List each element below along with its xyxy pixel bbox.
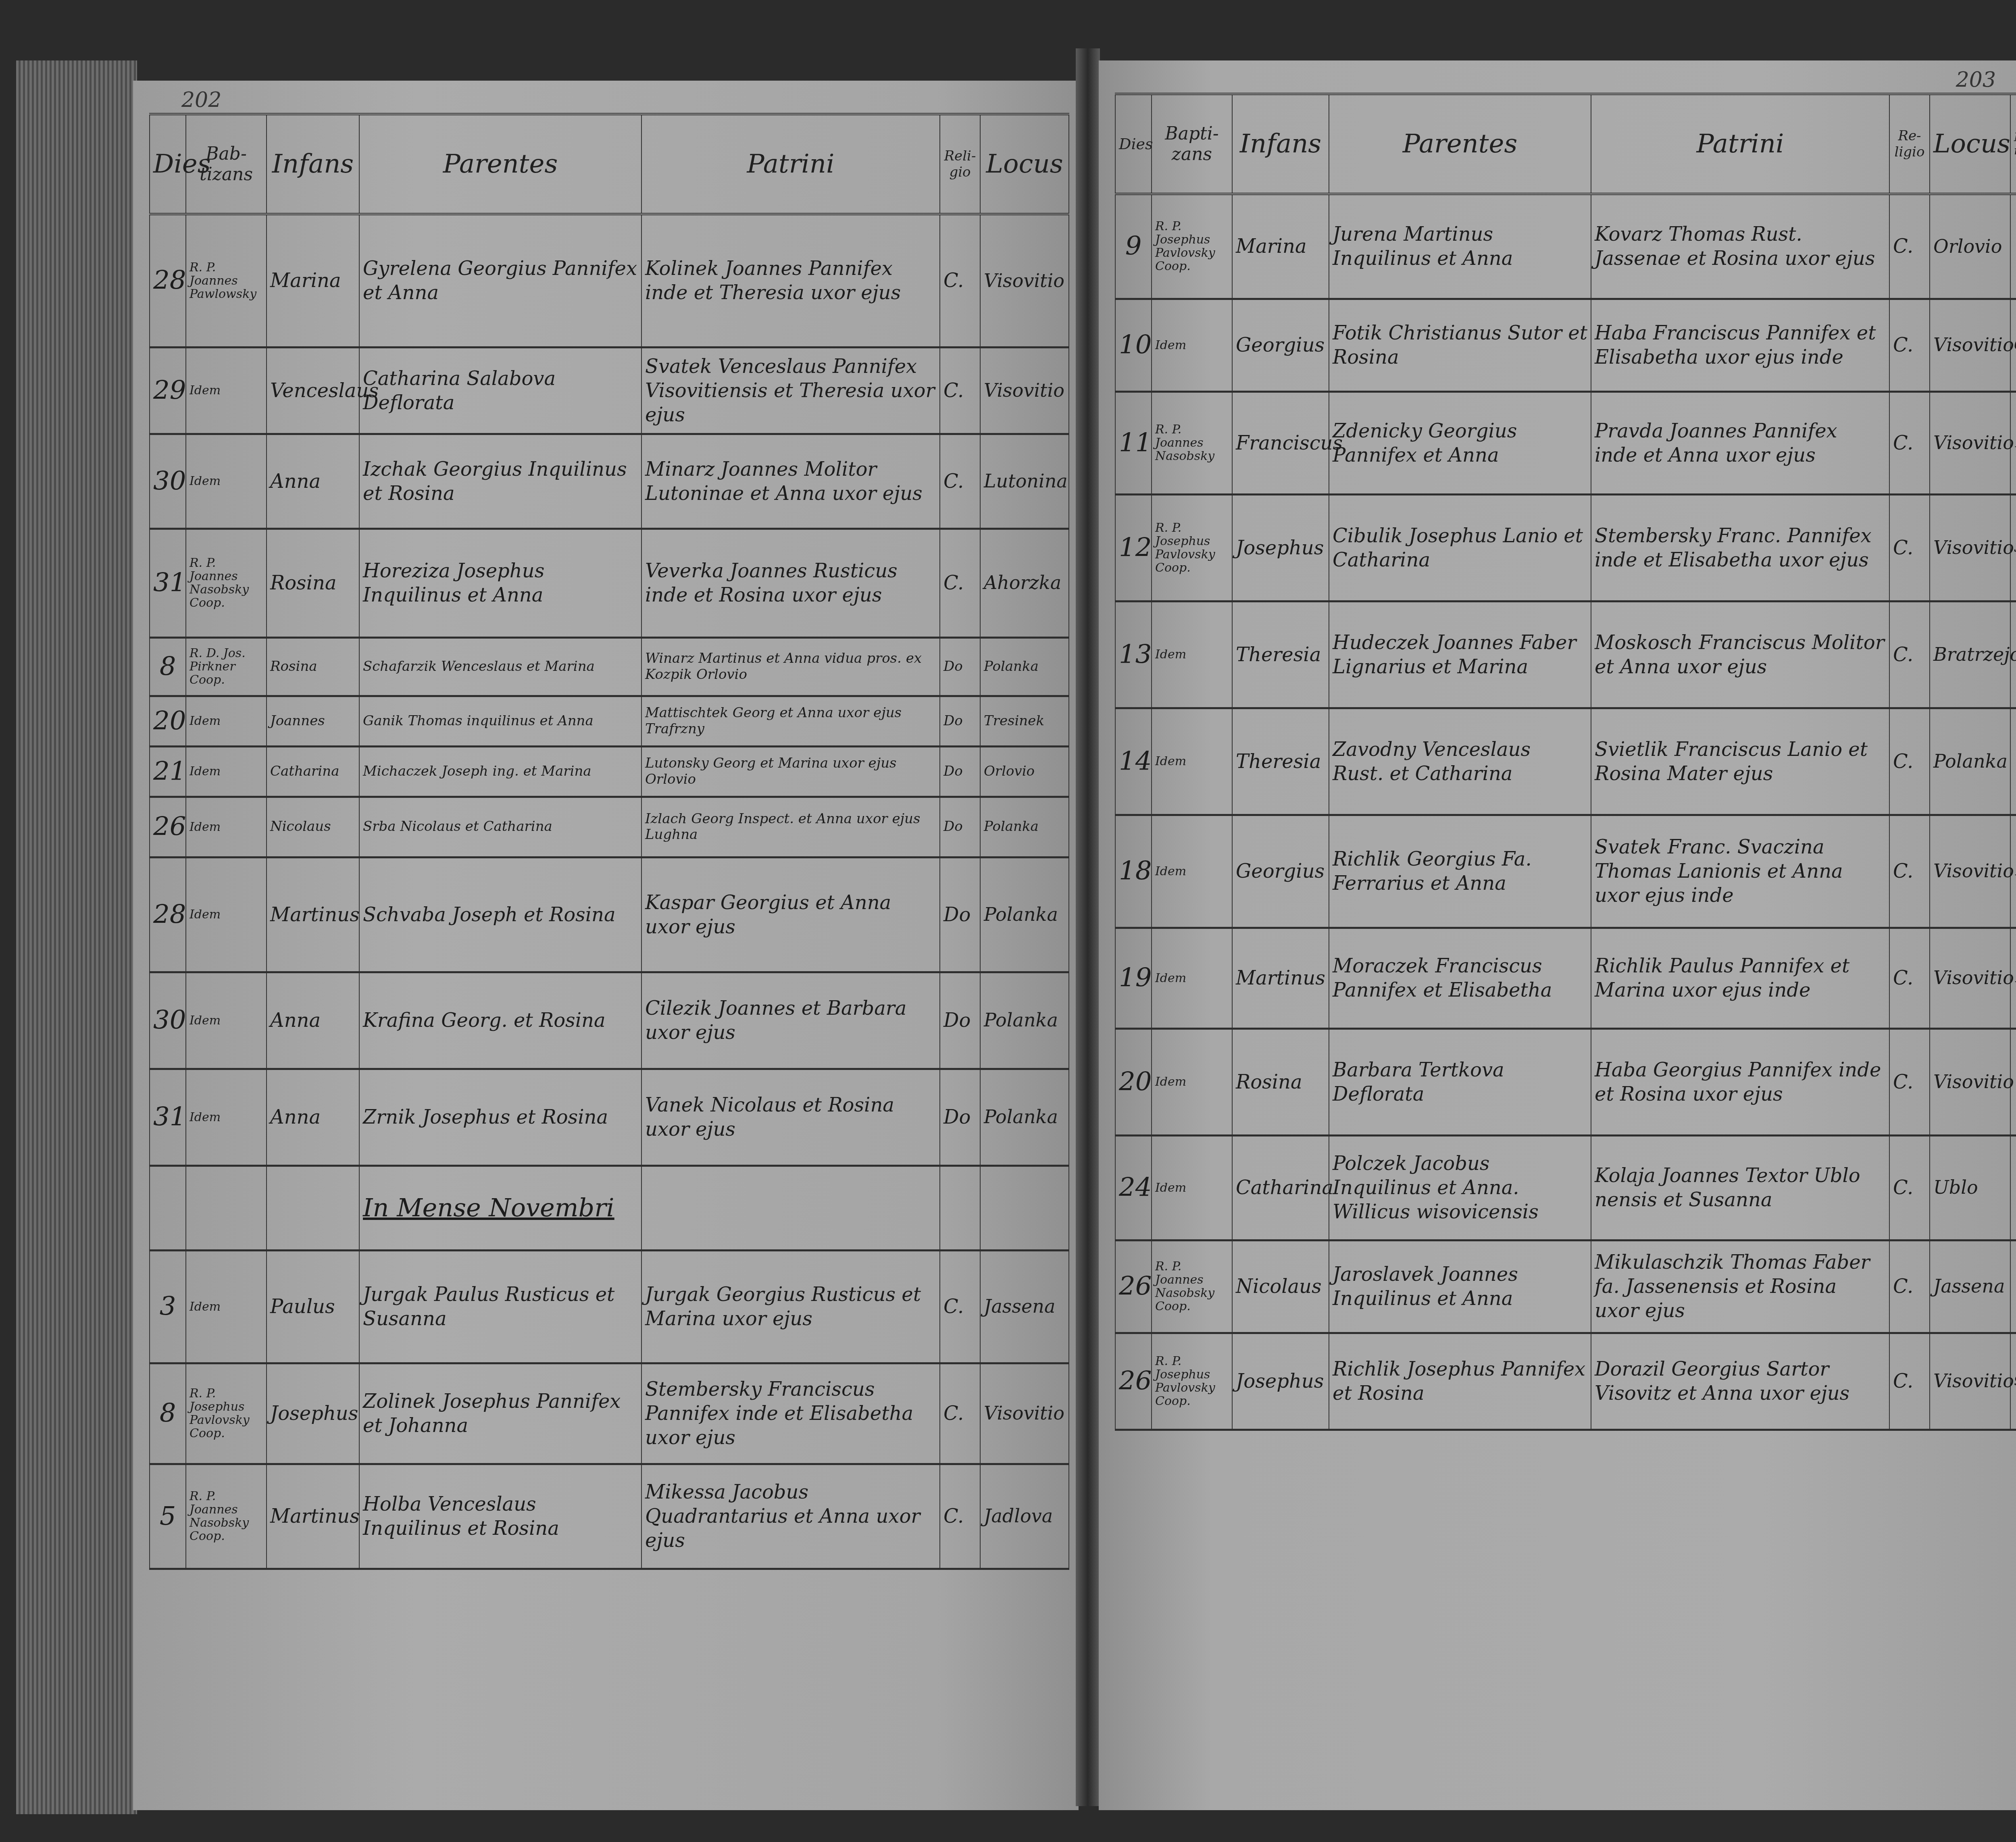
- cell-baptizans: R. P. Josephus Pavlovsky Coop.: [186, 1363, 267, 1464]
- cell-locus: Polanka: [980, 972, 1069, 1069]
- cell-patrini: Cilezik Joannes et Barbara uxor ejus: [641, 972, 940, 1069]
- cell-dies: 26: [1115, 1333, 1152, 1430]
- cell-dies: 26: [1115, 1240, 1152, 1333]
- cell-locus: Visovitio: [980, 214, 1069, 347]
- cell-patrini: Stembersky Franciscus Pannifex inde et E…: [641, 1363, 940, 1464]
- cell-locus: Visovitio: [1930, 1333, 2010, 1430]
- cell-dies: 8: [150, 637, 186, 696]
- cell-infans: Anna: [267, 972, 359, 1069]
- col-header-numerus: Nu-merus: [2010, 94, 2016, 194]
- cell-infans: Martinus: [1232, 928, 1329, 1028]
- cell-baptizans: Idem: [186, 1250, 267, 1363]
- cell-numerus: -: [2010, 194, 2016, 299]
- col-header-dies: Dies: [1115, 94, 1152, 194]
- cell-baptizans: Idem: [1152, 708, 1232, 815]
- table-row: 11 R. P. Joannes Nasobsky Franciscus Zde…: [1115, 391, 2016, 494]
- cell-infans: Georgius: [1232, 815, 1329, 928]
- cell-patrini: Svietlik Franciscus Lanio et Rosina Mate…: [1591, 708, 1889, 815]
- cell-religio: C.: [1889, 391, 1930, 494]
- table-row: 30 Idem Anna Krafina Georg. et Rosina Ci…: [150, 972, 1069, 1069]
- header-row: Dies Bapti-zans Infans Parentes Patrini …: [1115, 94, 2016, 194]
- cell-dies: 14: [1115, 708, 1152, 815]
- cell-parentes: Moraczek Franciscus Pannifex et Elisabet…: [1329, 928, 1591, 1028]
- cell-locus: Ahorzka: [980, 529, 1069, 637]
- cell-locus: Jadlova: [980, 1464, 1069, 1569]
- cell-patrini: Stembersky Franc. Pannifex inde et Elisa…: [1591, 494, 1889, 601]
- cell-religio: C.: [1889, 194, 1930, 299]
- cell-patrini: Jurgak Georgius Rusticus et Marina uxor …: [641, 1250, 940, 1363]
- cell-parentes: Richlik Georgius Fa. Ferrarius et Anna: [1329, 815, 1591, 928]
- baptism-register-table: Dies Bab-tizans Infans Parentes Patrini …: [149, 113, 1069, 1570]
- table-row: 3 Idem Paulus Jurgak Paulus Rusticus et …: [150, 1250, 1069, 1363]
- cell-infans: Martinus: [267, 857, 359, 972]
- cell-dies: 11: [1115, 391, 1152, 494]
- cell-infans: Venceslaus: [267, 347, 359, 434]
- cell-locus: Bratrzejovio: [1930, 601, 2010, 708]
- cell-infans: Georgius: [1232, 299, 1329, 391]
- cell-locus: Visovitio: [980, 1363, 1069, 1464]
- cell-parentes: Schvaba Joseph et Rosina: [359, 857, 641, 972]
- cell-infans: Catharina: [267, 746, 359, 797]
- cell-religio: Do: [940, 972, 980, 1069]
- cell-baptizans: Idem: [186, 347, 267, 434]
- cell-infans: Josephus: [1232, 494, 1329, 601]
- cell-parentes: Zavodny Venceslaus Rust. et Catharina: [1329, 708, 1591, 815]
- cell-dies: 26: [150, 797, 186, 857]
- cell-patrini: Moskosch Franciscus Molitor et Anna uxor…: [1591, 601, 1889, 708]
- cell-baptizans: Idem: [186, 434, 267, 529]
- cell-religio: C.: [940, 434, 980, 529]
- cell-religio: C.: [1889, 928, 1930, 1028]
- cell-parentes: Jaroslavek Joannes Inquilinus et Anna: [1329, 1240, 1591, 1333]
- cell-parentes: Jurena Martinus Inquilinus et Anna: [1329, 194, 1591, 299]
- table-row: 20 Idem Rosina Barbara Tertkova Deflorat…: [1115, 1028, 2016, 1135]
- cell-locus: Lutonina: [980, 434, 1069, 529]
- cell-baptizans: Idem: [186, 1069, 267, 1166]
- cell-patrini: Richlik Paulus Pannifex et Marina uxor e…: [1591, 928, 1889, 1028]
- table-row: 19 Idem Martinus Moraczek Franciscus Pan…: [1115, 928, 2016, 1028]
- cell-parentes: Horeziza Josephus Inquilinus et Anna: [359, 529, 641, 637]
- col-header-baptizans: Bapti-zans: [1152, 94, 1232, 194]
- cell-baptizans: R. P. Josephus Pavlovsky Coop.: [1152, 494, 1232, 601]
- cell-baptizans: R. P. Joannes Nasobsky Coop.: [186, 1464, 267, 1569]
- cell-baptizans: Idem: [186, 972, 267, 1069]
- cell-patrini: Kovarz Thomas Rust. Jassenae et Rosina u…: [1591, 194, 1889, 299]
- folio-number: 203: [1956, 68, 1996, 92]
- cell-religio: Do: [940, 1069, 980, 1166]
- cell-infans: Marina: [267, 214, 359, 347]
- table-row: 20 Idem Joannes Ganik Thomas inquilinus …: [150, 696, 1069, 746]
- cell-locus: Ublo: [1930, 1135, 2010, 1240]
- cell-infans: Paulus: [267, 1250, 359, 1363]
- cell-parentes: Gyrelena Georgius Pannifex et Anna: [359, 214, 641, 347]
- cell-dies: 10: [1115, 299, 1152, 391]
- cell-infans: Marina: [1232, 194, 1329, 299]
- cell-locus: Polanka: [980, 857, 1069, 972]
- cell-baptizans: R. P. Joannes Nasobsky Coop.: [1152, 1240, 1232, 1333]
- cell-infans: Rosina: [1232, 1028, 1329, 1135]
- cell-locus: Visovitio: [1930, 1028, 2010, 1135]
- cell-baptizans: R. P. Joannes Nasobsky Coop.: [186, 529, 267, 637]
- cell-baptizans: Idem: [186, 857, 267, 972]
- table-row: 31 R. P. Joannes Nasobsky Coop. Rosina H…: [150, 529, 1069, 637]
- table-row: 9 R. P. Josephus Pavlovsky Coop. Marina …: [1115, 194, 2016, 299]
- cell-infans: Theresia: [1232, 601, 1329, 708]
- cell-parentes: Barbara Tertkova Deflorata: [1329, 1028, 1591, 1135]
- cell-dies: 13: [1115, 601, 1152, 708]
- cell-dies: 5: [150, 1464, 186, 1569]
- left-page: 202 Dies Bab-tizans Infans Parentes Patr…: [133, 81, 1079, 1810]
- cell-patrini: Svatek Venceslaus Pannifex Visovitiensis…: [641, 347, 940, 434]
- cell-religio: C.: [940, 529, 980, 637]
- cell-baptizans: R. P. Josephus Pavlovsky Coop.: [1152, 194, 1232, 299]
- col-header-parentes: Parentes: [1329, 94, 1591, 194]
- cell-dies: 19: [1115, 928, 1152, 1028]
- cell-patrini: Mattischtek Georg et Anna uxor ejus Traf…: [641, 696, 940, 746]
- table-row: 26 R. P. Josephus Pavlovsky Coop. Joseph…: [1115, 1333, 2016, 1430]
- cell-locus: Visovitio: [980, 347, 1069, 434]
- cell-infans: Josephus: [267, 1363, 359, 1464]
- cell-patrini: Haba Franciscus Pannifex et Elisabetha u…: [1591, 299, 1889, 391]
- cell-locus: Visovitio: [1930, 928, 2010, 1028]
- cell-patrini: Dorazil Georgius Sartor Visovitz et Anna…: [1591, 1333, 1889, 1430]
- header-row: Dies Bab-tizans Infans Parentes Patrini …: [150, 114, 1069, 214]
- cell-parentes: Schafarzik Wenceslaus et Marina: [359, 637, 641, 696]
- cell-infans: Franciscus: [1232, 391, 1329, 494]
- cell-baptizans: Idem: [1152, 1028, 1232, 1135]
- cell-religio: Do: [940, 637, 980, 696]
- cell-patrini: Izlach Georg Inspect. et Anna uxor ejus …: [641, 797, 940, 857]
- table-row: 24 Idem Catharina Polczek Jacobus Inquil…: [1115, 1135, 2016, 1240]
- cell-parentes: Richlik Josephus Pannifex et Rosina: [1329, 1333, 1591, 1430]
- cell-parentes: Izchak Georgius Inquilinus et Rosina: [359, 434, 641, 529]
- cell-patrini: Kaspar Georgius et Anna uxor ejus: [641, 857, 940, 972]
- cell-infans: Rosina: [267, 529, 359, 637]
- cell-locus: Visovitio: [1930, 494, 2010, 601]
- col-header-patrini: Patrini: [641, 114, 940, 214]
- cell-locus: Jassena: [980, 1250, 1069, 1363]
- cell-parentes: Holba Venceslaus Inquilinus et Rosina: [359, 1464, 641, 1569]
- cell-infans: Theresia: [1232, 708, 1329, 815]
- col-header-dies: Dies: [150, 114, 186, 214]
- cell-locus: Polanka: [980, 637, 1069, 696]
- cell-infans: Catharina: [1232, 1135, 1329, 1240]
- cell-religio: C.: [1889, 299, 1930, 391]
- cell-locus: Orlovio: [1930, 194, 2010, 299]
- cell-religio: C.: [1889, 494, 1930, 601]
- table-row: 8 R. P. Josephus Pavlovsky Coop. Josephu…: [150, 1363, 1069, 1464]
- cell-patrini: Mikessa Jacobus Quadrantarius et Anna ux…: [641, 1464, 940, 1569]
- cell-dies: 18: [1115, 815, 1152, 928]
- cell-parentes: Zrnik Josephus et Rosina: [359, 1069, 641, 1166]
- table-row: 12 R. P. Josephus Pavlovsky Coop. Joseph…: [1115, 494, 2016, 601]
- col-header-religio: Re-ligio: [1889, 94, 1930, 194]
- cell-baptizans: Idem: [1152, 299, 1232, 391]
- cell-religio: C.: [1889, 1028, 1930, 1135]
- cell-baptizans: Idem: [186, 746, 267, 797]
- cell-dies: 30: [150, 972, 186, 1069]
- cell-religio: Do: [940, 746, 980, 797]
- cell-dies: 20: [1115, 1028, 1152, 1135]
- cell-parentes: Fotik Christianus Sutor et Rosina: [1329, 299, 1591, 391]
- cell-religio: C.: [1889, 1240, 1930, 1333]
- cell-parentes: Srba Nicolaus et Catharina: [359, 797, 641, 857]
- cell-patrini: Veverka Joannes Rusticus inde et Rosina …: [641, 529, 940, 637]
- cell-locus: Visovitio: [1930, 299, 2010, 391]
- cell-baptizans: Idem: [1152, 928, 1232, 1028]
- col-header-locus: Locus: [1930, 94, 2010, 194]
- cell-dies: 9: [1115, 194, 1152, 299]
- table-row: 5 R. P. Joannes Nasobsky Coop. Martinus …: [150, 1464, 1069, 1569]
- cell-locus: Polanka: [1930, 708, 2010, 815]
- cell-religio: C.: [1889, 601, 1930, 708]
- cell-patrini: Winarz Martinus et Anna vidua pros. ex K…: [641, 637, 940, 696]
- table-row: 31 Idem Anna Zrnik Josephus et Rosina Va…: [150, 1069, 1069, 1166]
- cell-dies: 12: [1115, 494, 1152, 601]
- cell-religio: C.: [940, 1464, 980, 1569]
- cell-locus: Orlovio: [980, 746, 1069, 797]
- cell-parentes: Michaczek Joseph ing. et Marina: [359, 746, 641, 797]
- cell-patrini: Vanek Nicolaus et Rosina uxor ejus: [641, 1069, 940, 1166]
- cell-locus: Polanka: [980, 1069, 1069, 1166]
- cell-patrini: Haba Georgius Pannifex inde et Rosina ux…: [1591, 1028, 1889, 1135]
- cell-dies: 8: [150, 1363, 186, 1464]
- col-header-parentes: Parentes: [359, 114, 641, 214]
- table-row: 10 Idem Georgius Fotik Christianus Sutor…: [1115, 299, 2016, 391]
- cell-religio: C.: [940, 214, 980, 347]
- cell-baptizans: R. P. Josephus Pavlovsky Coop.: [1152, 1333, 1232, 1430]
- cell-dies: 24: [1115, 1135, 1152, 1240]
- cell-dies: 28: [150, 857, 186, 972]
- cell-religio: C.: [940, 1250, 980, 1363]
- col-header-locus: Locus: [980, 114, 1069, 214]
- month-heading-label: In Mense Novembri: [363, 1193, 614, 1222]
- cell-numerus: -: [2010, 1135, 2016, 1240]
- cell-patrini: Kolinek Joannes Pannifex inde et Theresi…: [641, 214, 940, 347]
- table-row: 29 Idem Venceslaus Catharina Salabova De…: [150, 347, 1069, 434]
- cell-dies: 31: [150, 1069, 186, 1166]
- cell-baptizans: Idem: [186, 797, 267, 857]
- book-page-edges-left: [16, 60, 137, 1814]
- cell-baptizans: Idem: [186, 696, 267, 746]
- table-row: 13 Idem Theresia Hudeczek Joannes Faber …: [1115, 601, 2016, 708]
- cell-infans: Anna: [267, 1069, 359, 1166]
- cell-religio: Do: [940, 797, 980, 857]
- cell-dies: 20: [150, 696, 186, 746]
- cell-dies: 21: [150, 746, 186, 797]
- cell-religio: C.: [940, 347, 980, 434]
- cell-dies: 31: [150, 529, 186, 637]
- table-row: 18 Idem Georgius Richlik Georgius Fa. Fe…: [1115, 815, 2016, 928]
- cell-baptizans: R. D. Jos. Pirkner Coop.: [186, 637, 267, 696]
- cell-patrini: Mikulaschzik Thomas Faber fa. Jassenensi…: [1591, 1240, 1889, 1333]
- col-header-religio: Reli-gio: [940, 114, 980, 214]
- cell-locus: Polanka: [980, 797, 1069, 857]
- table-row: 28 Idem Martinus Schvaba Joseph et Rosin…: [150, 857, 1069, 972]
- col-header-infans: Infans: [267, 114, 359, 214]
- cell-baptizans: R. P. Joannes Nasobsky: [1152, 391, 1232, 494]
- col-header-patrini: Patrini: [1591, 94, 1889, 194]
- cell-infans: Nicolaus: [267, 797, 359, 857]
- table-row: 28 R. P. Joannes Pawlowsky Marina Gyrele…: [150, 214, 1069, 347]
- baptism-register-table: Dies Bapti-zans Infans Parentes Patrini …: [1115, 93, 2016, 1431]
- cell-infans: Josephus: [1232, 1333, 1329, 1430]
- cell-patrini: Minarz Joannes Molitor Lutoninae et Anna…: [641, 434, 940, 529]
- cell-infans: Nicolaus: [1232, 1240, 1329, 1333]
- cell-patrini: Lutonsky Georg et Marina uxor ejus Orlov…: [641, 746, 940, 797]
- cell-religio: C.: [1889, 1135, 1930, 1240]
- cell-parentes: Catharina Salabova Deflorata: [359, 347, 641, 434]
- cell-patrini: Pravda Joannes Pannifex inde et Anna uxo…: [1591, 391, 1889, 494]
- cell-dies: 28: [150, 214, 186, 347]
- cell-parentes: Cibulik Josephus Lanio et Catharina: [1329, 494, 1591, 601]
- cell-baptizans: Idem: [1152, 815, 1232, 928]
- cell-religio: C.: [1889, 708, 1930, 815]
- table-row: 26 Idem Nicolaus Srba Nicolaus et Cathar…: [150, 797, 1069, 857]
- cell-locus: Jassena: [1930, 1240, 2010, 1333]
- month-heading: In Mense Novembri: [359, 1166, 641, 1250]
- cell-parentes: Polczek Jacobus Inquilinus et Anna. Will…: [1329, 1135, 1591, 1240]
- cell-numerus: -: [2010, 708, 2016, 815]
- table-row: 8 R. D. Jos. Pirkner Coop. Rosina Schafa…: [150, 637, 1069, 696]
- table-row: 30 Idem Anna Izchak Georgius Inquilinus …: [150, 434, 1069, 529]
- cell-dies: 30: [150, 434, 186, 529]
- cell-patrini: Svatek Franc. Svaczina Thomas Lanionis e…: [1591, 815, 1889, 928]
- cell-parentes: Zdenicky Georgius Pannifex et Anna: [1329, 391, 1591, 494]
- table-row: 21 Idem Catharina Michaczek Joseph ing. …: [150, 746, 1069, 797]
- cell-infans: Anna: [267, 434, 359, 529]
- col-header-infans: Infans: [1232, 94, 1329, 194]
- cell-parentes: Zolinek Josephus Pannifex et Johanna: [359, 1363, 641, 1464]
- cell-religio: C.: [1889, 815, 1930, 928]
- cell-parentes: Ganik Thomas inquilinus et Anna: [359, 696, 641, 746]
- right-page: 203 Dies Bapti-zans Infans Parentes Patr…: [1099, 60, 2016, 1810]
- cell-baptizans: R. P. Joannes Pawlowsky: [186, 214, 267, 347]
- cell-infans: Joannes: [267, 696, 359, 746]
- cell-religio: C.: [940, 1363, 980, 1464]
- cell-numerus: -: [2010, 1240, 2016, 1333]
- cell-locus: Tresinek: [980, 696, 1069, 746]
- cell-patrini: Kolaja Joannes Textor Ublo nensis et Sus…: [1591, 1135, 1889, 1240]
- cell-dies: 29: [150, 347, 186, 434]
- cell-religio: C.: [1889, 1333, 1930, 1430]
- month-section-row: In Mense Novembri: [150, 1166, 1069, 1250]
- cell-parentes: Hudeczek Joannes Faber Lignarius et Mari…: [1329, 601, 1591, 708]
- cell-locus: Visovitio: [1930, 391, 2010, 494]
- cell-infans: Martinus: [267, 1464, 359, 1569]
- cell-religio: Do: [940, 696, 980, 746]
- cell-religio: Do: [940, 857, 980, 972]
- folio-number: 202: [181, 88, 221, 112]
- cell-dies: 3: [150, 1250, 186, 1363]
- table-row: 14 Idem Theresia Zavodny Venceslaus Rust…: [1115, 708, 2016, 815]
- cell-parentes: Jurgak Paulus Rusticus et Susanna: [359, 1250, 641, 1363]
- cell-baptizans: Idem: [1152, 601, 1232, 708]
- cell-parentes: Krafina Georg. et Rosina: [359, 972, 641, 1069]
- cell-baptizans: Idem: [1152, 1135, 1232, 1240]
- cell-locus: Visovitio: [1930, 815, 2010, 928]
- table-row: 26 R. P. Joannes Nasobsky Coop. Nicolaus…: [1115, 1240, 2016, 1333]
- book-spine: [1076, 48, 1100, 1806]
- cell-infans: Rosina: [267, 637, 359, 696]
